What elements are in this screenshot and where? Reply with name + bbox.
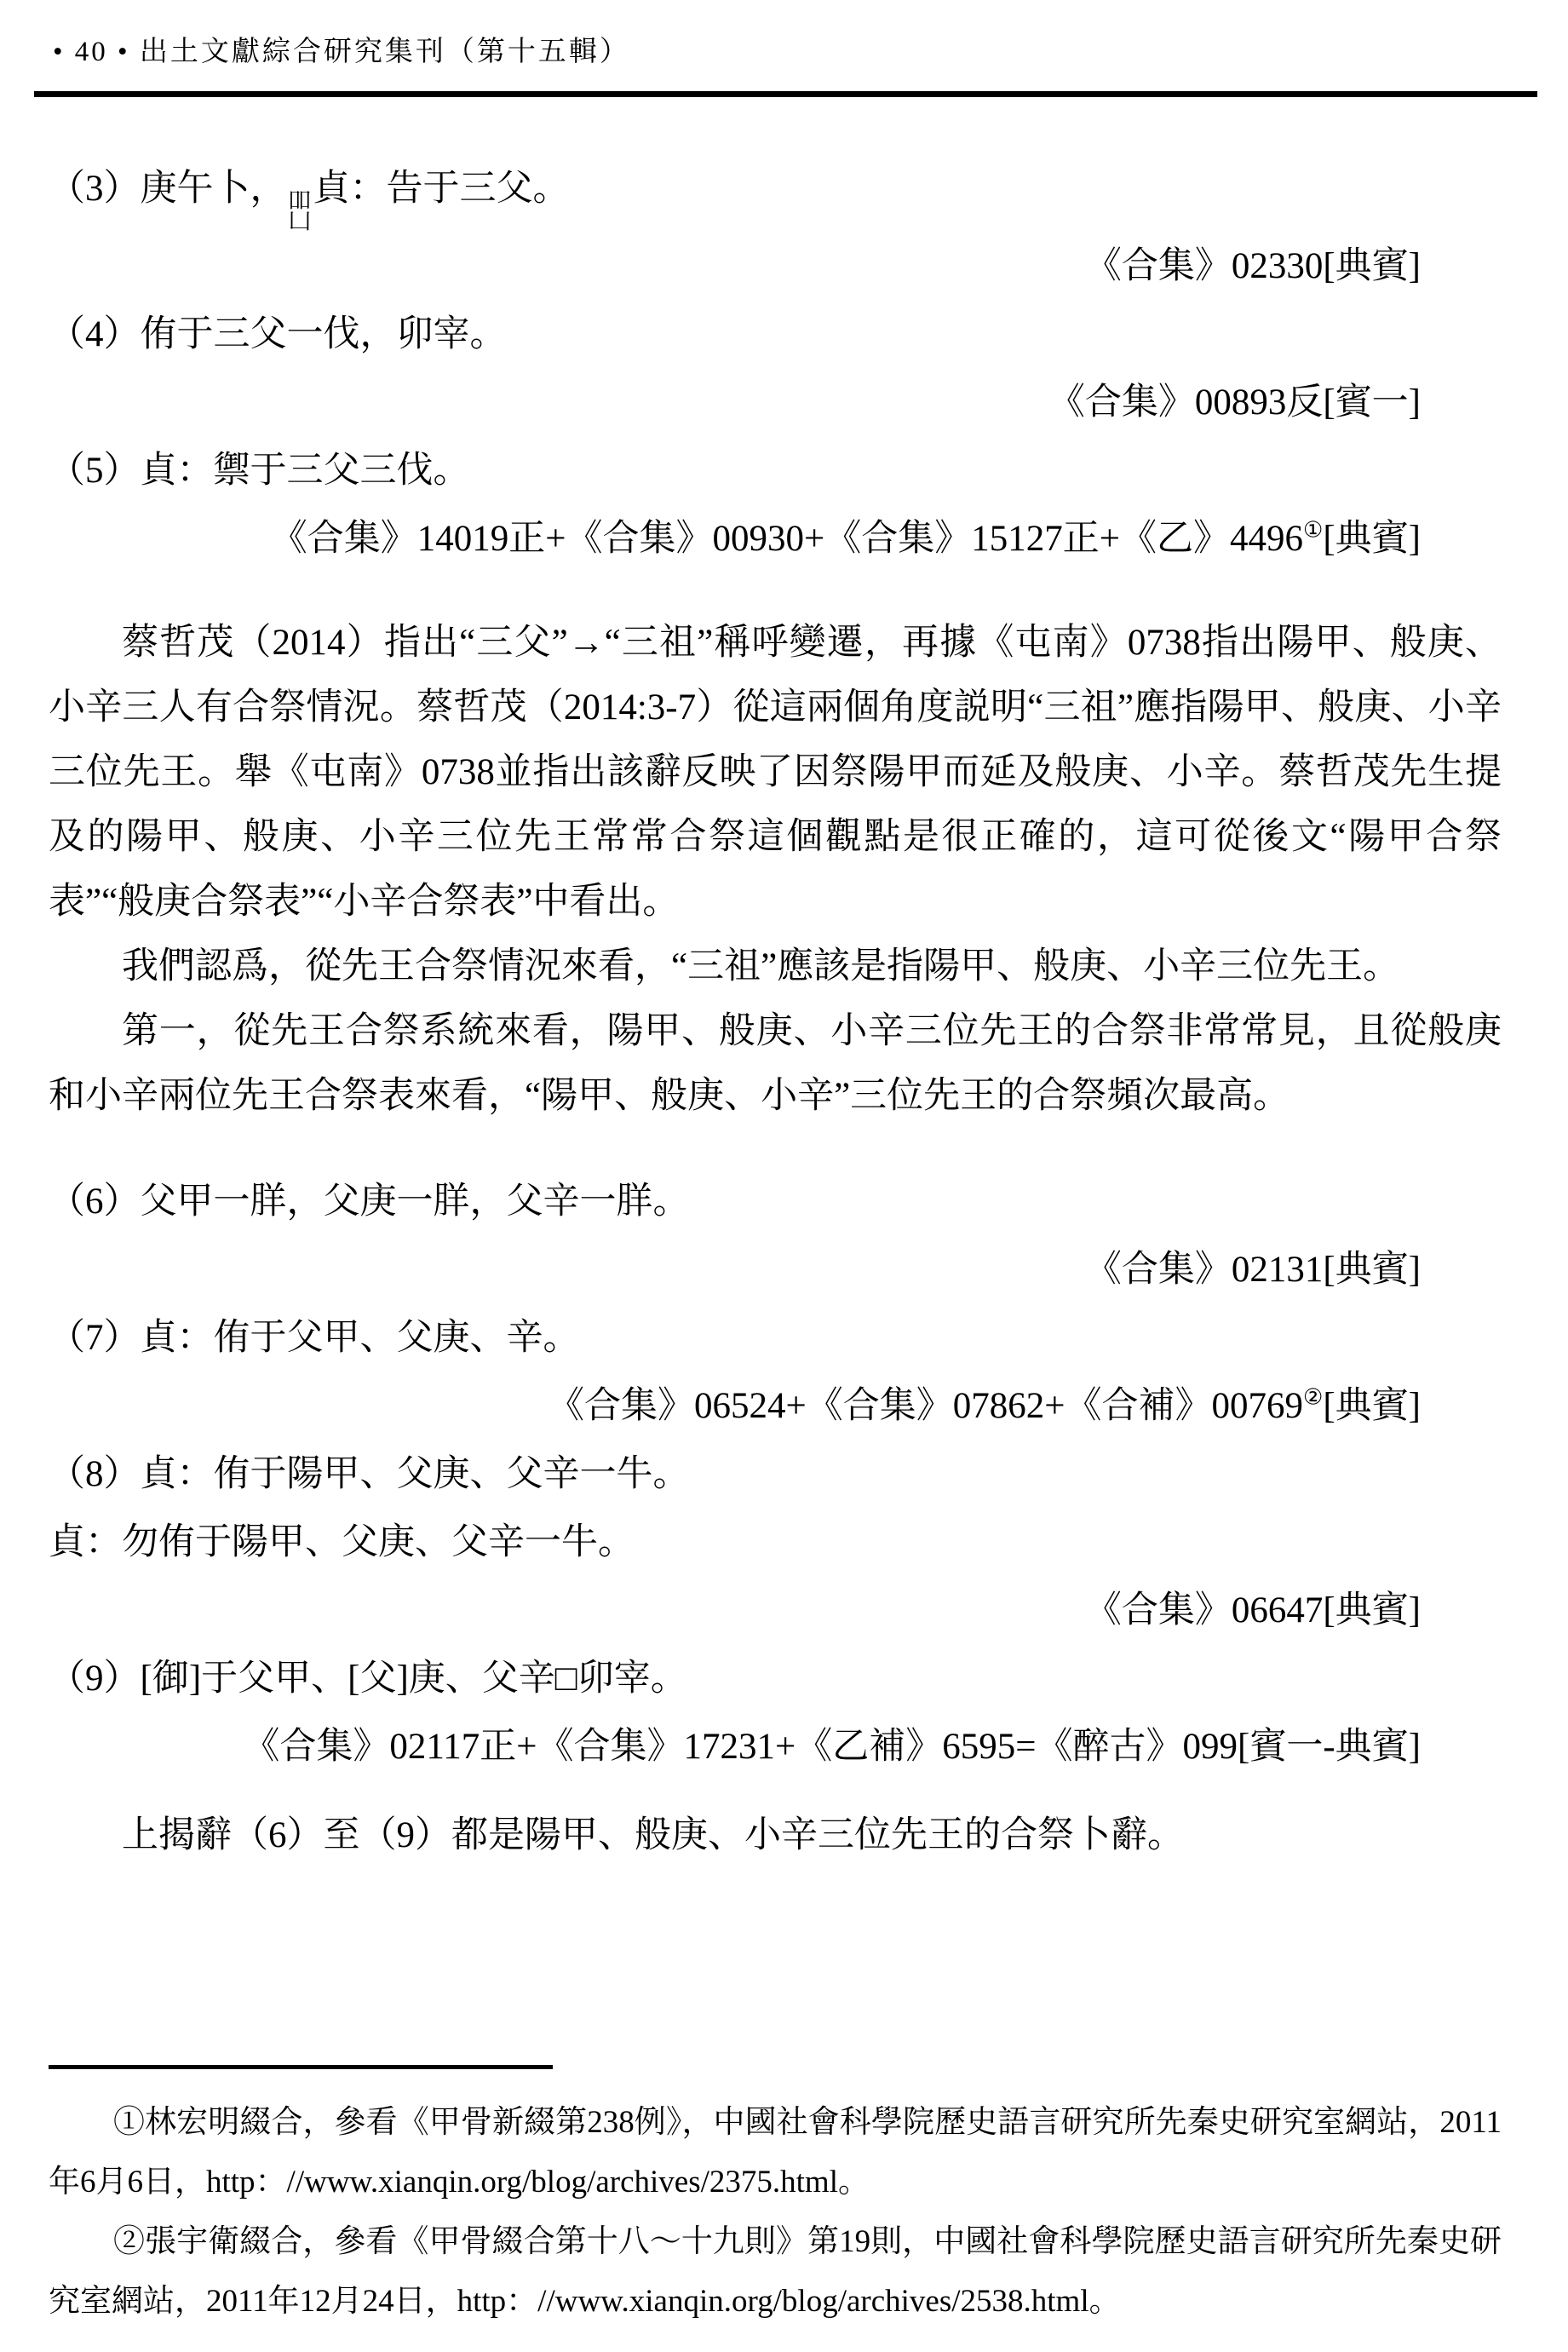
citation-7: 《合集》06524+《合集》07862+《合補》00769②[典賓]: [49, 1372, 1502, 1441]
paragraph-first-point: 第一，從先王合祭系統來看，陽甲、般庚、小辛三位先王的合祭非常常見，且從般庚和小辛…: [49, 999, 1502, 1129]
quotation-6: （6）父甲一羘，父庚一羘，父辛一羘。: [49, 1168, 1502, 1236]
closing-paragraph: 上揭辭（6）至（9）都是陽甲、般庚、小辛三位先王的合祭卜辭。: [49, 1803, 1502, 1868]
citation-9: 《合集》02117正+《合集》17231+《乙補》6595=《醉古》099[賓一…: [49, 1713, 1502, 1781]
oracle-bone-glyph: 吅凵: [289, 192, 312, 233]
footnote-rule: [49, 2065, 553, 2069]
header-rule: [34, 91, 1537, 97]
paragraph-our-view: 我們認爲，從先王合祭情況來看，“三祖”應該是指陽甲、般庚、小辛三位先王。: [49, 934, 1502, 999]
citation-3: 《合集》02330[典賓]: [49, 233, 1502, 301]
quotation-4: （4）侑于三父一伐，卯宰。: [49, 301, 1502, 369]
discussion-paragraphs: 蔡哲茂（2014）指出“三父”→“三祖”稱呼變遷，再據《屯南》0738指出陽甲、…: [49, 611, 1502, 1129]
document-page: • 40 • 出土文獻綜合研究集刊（第十五輯） （3）庚午卜，吅凵貞：告于三父。…: [0, 0, 1568, 2352]
footnote-1: ①林宏明綴合，參看《甲骨新綴第238例》，中國社會科學院歷史語言研究所先秦史研究…: [49, 2093, 1502, 2212]
citation-6: 《合集》02131[典賓]: [49, 1236, 1502, 1304]
footnote-marker-1: ①: [1303, 518, 1323, 543]
closing-wrap: 上揭辭（6）至（9）都是陽甲、般庚、小辛三位先王的合祭卜辭。: [49, 1803, 1502, 1868]
quotation-8-line1: （8）貞：侑于陽甲、父庚、父辛一牛。: [49, 1441, 1502, 1509]
oracle-glyph-bottom: 凵: [289, 211, 312, 233]
footnote-marker-2: ②: [1303, 1385, 1323, 1410]
footnotes-section: ①林宏明綴合，參看《甲骨新綴第238例》，中國社會科學院歷史語言研究所先秦史研究…: [49, 2065, 1502, 2332]
citation-7-text: 《合集》06524+《合集》07862+《合補》00769: [548, 1386, 1303, 1426]
citation-5: 《合集》14019正+《合集》00930+《合集》15127正+《乙》4496①…: [49, 505, 1502, 573]
citation-8: 《合集》06647[典賓]: [49, 1577, 1502, 1645]
quotation-3: （3）庚午卜，吅凵貞：告于三父。: [49, 155, 1502, 233]
citation-7-group: [典賓]: [1323, 1386, 1421, 1426]
quotation-3-post: 貞：告于三父。: [313, 169, 570, 209]
page-number: • 40 •: [53, 37, 130, 67]
citation-4: 《合集》00893反[賓一]: [49, 369, 1502, 437]
citation-5-group: [典賓]: [1323, 519, 1421, 559]
quotation-3-pre: （3）庚午卜，: [49, 169, 287, 209]
body-text: （3）庚午卜，吅凵貞：告于三父。 《合集》02330[典賓] （4）侑于三父一伐…: [49, 155, 1502, 1868]
citation-5-text: 《合集》14019正+《合集》00930+《合集》15127正+《乙》4496: [271, 519, 1303, 559]
journal-title: 出土文獻綜合研究集刊（第十五輯）: [140, 37, 630, 67]
paragraph-cai-zhemao: 蔡哲茂（2014）指出“三父”→“三祖”稱呼變遷，再據《屯南》0738指出陽甲、…: [49, 611, 1502, 934]
quotation-block-6-9: （6）父甲一羘，父庚一羘，父辛一羘。 《合集》02131[典賓] （7）貞：侑于…: [49, 1168, 1502, 1781]
quotation-7: （7）貞：侑于父甲、父庚、辛。: [49, 1304, 1502, 1372]
footnote-2: ②張宇衛綴合，參看《甲骨綴合第十八～十九則》第19則，中國社會科學院歷史語言研究…: [49, 2212, 1502, 2332]
running-header: • 40 • 出土文獻綜合研究集刊（第十五輯）: [53, 29, 630, 69]
quotation-8-line2: 貞：勿侑于陽甲、父庚、父辛一牛。: [49, 1509, 1502, 1577]
quotation-9: （9）[御]于父甲、[父]庚、父辛□卯宰。: [49, 1645, 1502, 1713]
quotation-5: （5）貞：禦于三父三伐。: [49, 437, 1502, 505]
